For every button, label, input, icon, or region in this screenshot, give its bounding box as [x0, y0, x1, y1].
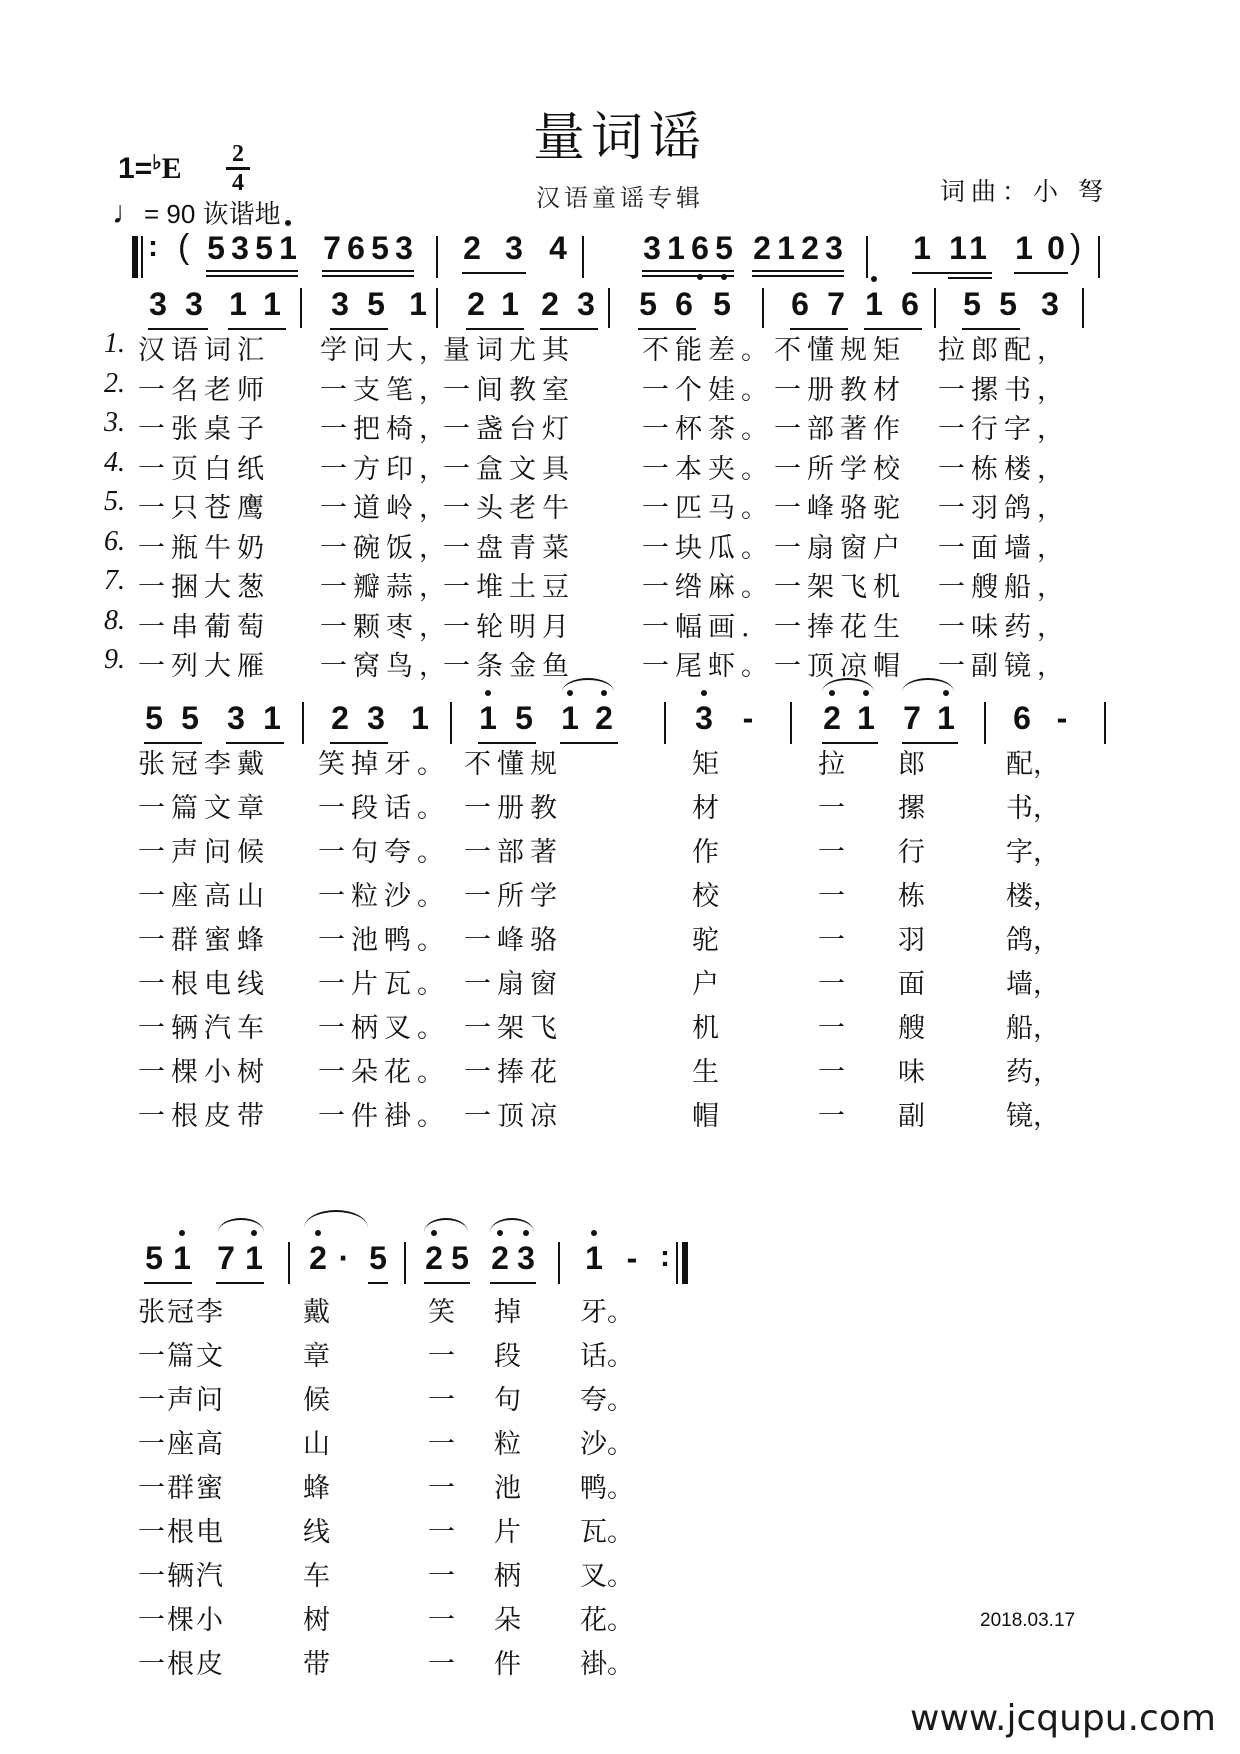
lyric: 一顶凉 — [464, 1094, 563, 1133]
barline — [300, 288, 302, 328]
lyric: 鸭。 — [580, 1466, 634, 1505]
lyric: 不懂规 — [464, 742, 563, 781]
barline — [404, 1242, 406, 1284]
note-high: 2 — [590, 700, 618, 737]
lyric: 一根电 — [138, 1510, 225, 1549]
lyric: 一列大雁 — [138, 644, 270, 683]
lyric: 笑掉牙。 — [318, 742, 450, 781]
lyric: 一尾虾。 — [642, 644, 774, 683]
note-high: 1 — [860, 286, 888, 323]
rest: 0 — [1042, 230, 1070, 267]
lyric: 一间教室 — [443, 368, 575, 407]
verse-number: 3. — [104, 407, 125, 439]
lyric: 一棵小 — [138, 1598, 225, 1637]
tempo-mood: 诙谐地 — [203, 199, 281, 229]
repeat-end-barline — [682, 1242, 688, 1284]
barline — [1098, 236, 1100, 278]
lyric: 一篇文 — [138, 1334, 225, 1373]
lyric: 一部著作 — [774, 407, 906, 446]
lyric: 一个娃。 — [642, 368, 774, 407]
note-high: 2 — [304, 1240, 332, 1277]
lyric: 一扇窗 — [464, 962, 563, 1001]
underline — [642, 270, 734, 272]
key-note: E — [162, 152, 182, 185]
note: 5 — [510, 700, 538, 737]
note: 3 — [1036, 286, 1064, 323]
note-low: 5 — [710, 230, 738, 267]
note: 2 — [326, 700, 354, 737]
lyric: 一册教材 — [774, 368, 906, 407]
lyric: 材 — [692, 786, 719, 825]
note: 1 — [404, 286, 432, 323]
lyric: 一捧花生 — [774, 605, 906, 644]
lyric: 夸。 — [580, 1378, 634, 1417]
lyric: 树 — [303, 1598, 330, 1637]
extension-dash: - — [1048, 700, 1076, 737]
extension-dash: - — [734, 700, 762, 737]
verse-number: 2. — [104, 368, 125, 400]
lyric: 件 — [494, 1642, 521, 1681]
underline — [948, 277, 992, 279]
underline — [206, 270, 298, 272]
tempo-marking: ♩= 90 诙谐地 — [112, 194, 281, 231]
note: 1 — [224, 286, 252, 323]
lyric: 行 — [898, 830, 925, 869]
barline — [984, 702, 986, 744]
barline — [436, 288, 438, 328]
lyric: 一盒文具 — [443, 447, 575, 486]
slur — [218, 1218, 264, 1232]
note: 1 — [908, 230, 936, 267]
note: 2 — [462, 286, 490, 323]
lyric: 一页白纸 — [138, 447, 270, 486]
verse-number: 7. — [104, 565, 125, 597]
lyric: 一 — [428, 1334, 455, 1373]
lyric: 一架飞机 — [774, 565, 906, 604]
lyric: 一部著 — [464, 830, 563, 869]
lyric: 一 — [818, 962, 845, 1001]
note-high: 1 — [474, 700, 502, 737]
barline — [302, 702, 304, 744]
note: 3 — [500, 230, 528, 267]
lyric: 一根皮 — [138, 1642, 225, 1681]
note-high: 1 — [852, 700, 880, 737]
note: 5 — [176, 700, 204, 737]
note: 1 — [964, 230, 992, 267]
lyric: 一片瓦。 — [318, 962, 450, 1001]
underline — [322, 270, 414, 272]
barline — [450, 702, 452, 744]
lyric: 一 — [818, 1050, 845, 1089]
note-high: 2 — [486, 1240, 514, 1277]
time-numerator: 2 — [226, 142, 250, 166]
note-high: 2 — [420, 1240, 448, 1277]
lyric: 一 — [428, 1422, 455, 1461]
lyric: 一 — [818, 1094, 845, 1133]
lyric: 叉。 — [580, 1554, 634, 1593]
lyric: 一头老牛 — [443, 486, 575, 525]
lyric: 汉语词汇 — [138, 328, 270, 367]
lyric: 牙。 — [580, 1290, 634, 1329]
lyric: 一轮明月 — [443, 605, 575, 644]
paren-close: ) — [1070, 228, 1081, 267]
lyric: 一池鸭。 — [318, 918, 450, 957]
note-high: 1 — [580, 1240, 608, 1277]
underline — [560, 742, 618, 744]
lyric: 一扇窗户 — [774, 526, 906, 565]
credits: 词曲：小 弩 — [940, 172, 1109, 208]
lyric: 话。 — [580, 1334, 634, 1373]
lyric: 一块瓜。 — [642, 526, 774, 565]
lyric: 一 — [428, 1554, 455, 1593]
note: 1 — [496, 286, 524, 323]
lyric: 一根电线 — [138, 962, 270, 1001]
underline — [752, 270, 844, 272]
note-high: 1 — [274, 230, 302, 267]
lyric: 一串葡萄 — [138, 605, 270, 644]
repeat-colon: : — [660, 1240, 670, 1274]
lyric: 一辆汽车 — [138, 1006, 270, 1045]
note: 6 — [1008, 700, 1036, 737]
lyric: 一 — [818, 918, 845, 957]
lyric: 掉 — [494, 1290, 521, 1329]
paren-open: ( — [178, 228, 189, 267]
lyric: 一峰骆驼 — [774, 486, 906, 525]
note: 5 — [140, 700, 168, 737]
note: 7 — [212, 1240, 240, 1277]
lyric: 配， — [1006, 742, 1060, 781]
note: 6 — [896, 286, 924, 323]
lyric: 一声问 — [138, 1378, 225, 1417]
lyric: 一碗饭， — [320, 526, 452, 565]
barline — [1104, 702, 1106, 744]
lyric: 字， — [1006, 830, 1060, 869]
note: 7 — [898, 700, 926, 737]
lyric: 摞 — [898, 786, 925, 825]
verse-number: 6. — [104, 526, 125, 558]
key-prefix: 1= — [118, 152, 152, 185]
note: 5 — [140, 1240, 168, 1277]
lyric: 楼， — [1006, 874, 1060, 913]
note: 7 — [822, 286, 850, 323]
lyric: 羽 — [898, 918, 925, 957]
lyric: 一句夸。 — [318, 830, 450, 869]
note: 2 — [536, 286, 564, 323]
lyric: 一架飞 — [464, 1006, 563, 1045]
date-label: 2018.03.17 — [980, 1610, 1075, 1632]
underline — [462, 272, 526, 274]
lyric: 户 — [692, 962, 719, 1001]
lyric: 艘 — [898, 1006, 925, 1045]
barline — [664, 702, 666, 744]
lyric: 一瓣蒜， — [320, 565, 452, 604]
barline — [866, 236, 868, 278]
lyric: 一篇文章 — [138, 786, 270, 825]
note: 1 — [1010, 230, 1038, 267]
tempo-value: = 90 — [144, 199, 195, 229]
note: 2 — [458, 230, 486, 267]
lyric: 一顶凉帽 — [774, 644, 906, 683]
note: 1 — [406, 700, 434, 737]
note: 3 — [222, 700, 250, 737]
lyric: 一册教 — [464, 786, 563, 825]
barline — [558, 1242, 560, 1284]
lyric: 一颗枣， — [320, 605, 452, 644]
verse-number: 9. — [104, 644, 125, 676]
underline — [752, 275, 844, 277]
lyric: 蜂 — [303, 1466, 330, 1505]
lyric: 张冠李 — [138, 1290, 225, 1329]
lyric: 一盏台灯 — [443, 407, 575, 446]
lyric: 鸽， — [1006, 918, 1060, 957]
underline — [216, 1282, 264, 1284]
lyric: 一张桌子 — [138, 407, 270, 446]
lyric: 一辆汽 — [138, 1554, 225, 1593]
lyric: 一方印， — [320, 447, 452, 486]
note-high: 1 — [240, 1240, 268, 1277]
underline — [642, 275, 734, 277]
lyric: 作 — [692, 830, 719, 869]
lyric: 柄 — [494, 1554, 521, 1593]
lyric: 一瓶牛奶 — [138, 526, 270, 565]
barline — [762, 288, 764, 328]
verse-number: 5. — [104, 486, 125, 518]
lyric: 章 — [303, 1334, 330, 1373]
lyric: 句 — [494, 1378, 521, 1417]
lyric: 拉 — [818, 742, 845, 781]
lyric: 一捧花 — [464, 1050, 563, 1089]
lyric: 船， — [1006, 1006, 1060, 1045]
lyric: 山 — [303, 1422, 330, 1461]
lyric: 褂。 — [580, 1642, 634, 1681]
lyric: 一座高 — [138, 1422, 225, 1461]
note: 5 — [364, 1240, 392, 1277]
note: 1 — [258, 700, 286, 737]
note: 3 — [144, 286, 172, 323]
lyric: 一名老师 — [138, 368, 270, 407]
lyric: 帽 — [692, 1094, 719, 1133]
lyric: 一羽鸽， — [938, 486, 1070, 525]
note: 3 — [820, 230, 848, 267]
lyric: 量词尤其 — [443, 328, 575, 367]
lyric: 一群蜜 — [138, 1466, 225, 1505]
lyric: 一杯茶。 — [642, 407, 774, 446]
lyric: 一摞书， — [938, 368, 1070, 407]
lyric: 一声问候 — [138, 830, 270, 869]
note-high: 3 — [512, 1240, 540, 1277]
lyric: 一 — [818, 1006, 845, 1045]
underline — [144, 1282, 192, 1284]
time-signature: 2 4 — [226, 142, 250, 195]
lyric: 驼 — [692, 918, 719, 957]
lyric: 一柄叉。 — [318, 1006, 450, 1045]
lyric: 一 — [428, 1510, 455, 1549]
lyric: 一条金鱼 — [443, 644, 575, 683]
lyric: 一群蜜蜂 — [138, 918, 270, 957]
note: 3 — [326, 286, 354, 323]
note-high: 2 — [818, 700, 846, 737]
lyric: 张冠李戴 — [138, 742, 270, 781]
quarter-note-icon: ♩ — [112, 194, 144, 230]
lyric: 一本夹。 — [642, 447, 774, 486]
lyric: 一道岭， — [320, 486, 452, 525]
lyric: 一段话。 — [318, 786, 450, 825]
lyric: 一只苍鹰 — [138, 486, 270, 525]
barline — [934, 288, 936, 328]
note: 5 — [994, 286, 1022, 323]
note: 6 — [670, 286, 698, 323]
lyric: 瓦。 — [580, 1510, 634, 1549]
lyric: 书， — [1006, 786, 1060, 825]
lyric: 笑 — [428, 1290, 455, 1329]
note: 3 — [180, 286, 208, 323]
lyric: 学问大， — [320, 328, 452, 367]
lyric: 一味药， — [938, 605, 1070, 644]
lyric: 车 — [303, 1554, 330, 1593]
lyric: 戴 — [303, 1290, 330, 1329]
lyric: 一件褂。 — [318, 1094, 450, 1133]
lyric: 不懂规矩 — [774, 328, 906, 367]
slur — [490, 1218, 534, 1232]
augmentation-dot: · — [330, 1240, 358, 1277]
flat-icon: ♭ — [152, 152, 161, 174]
barline — [582, 236, 584, 278]
lyric: 一峰骆 — [464, 918, 563, 957]
lyric: 镜， — [1006, 1094, 1060, 1133]
site-watermark: www.jcqupu.com — [910, 1698, 1216, 1739]
lyric: 线 — [303, 1510, 330, 1549]
lyric: 生 — [692, 1050, 719, 1089]
lyric: 一支笔， — [320, 368, 452, 407]
barline — [436, 236, 438, 278]
note: 5 — [708, 286, 736, 323]
barline — [608, 288, 610, 328]
note-high: 1 — [168, 1240, 196, 1277]
barline — [790, 702, 792, 744]
lyric: 一把椅， — [320, 407, 452, 446]
note-high: 1 — [932, 700, 960, 737]
repeat-start-thin-bar — [141, 236, 143, 278]
lyric: 一根皮带 — [138, 1094, 270, 1133]
lyric: 一粒沙。 — [318, 874, 450, 913]
lyric: 矩 — [692, 742, 719, 781]
lyric: 拉郎配， — [938, 328, 1070, 367]
lyric: 候 — [303, 1378, 330, 1417]
lyric: 一 — [428, 1598, 455, 1637]
lyric: 墙， — [1006, 962, 1060, 1001]
lyric: 面 — [898, 962, 925, 1001]
lyric: 花。 — [580, 1598, 634, 1637]
lyric: 一所学校 — [774, 447, 906, 486]
lyric: 一 — [818, 874, 845, 913]
lyric: 味 — [898, 1050, 925, 1089]
note: 5 — [958, 286, 986, 323]
barline — [288, 1242, 290, 1284]
lyric: 带 — [303, 1642, 330, 1681]
lyric: 药， — [1006, 1050, 1060, 1089]
note: 3 — [390, 230, 418, 267]
verse-number: 8. — [104, 605, 125, 637]
underline — [912, 272, 992, 274]
note-high: 1 — [556, 700, 584, 737]
lyric: 一面墙， — [938, 526, 1070, 565]
lyric: 一捆大葱 — [138, 565, 270, 604]
note-high: 3 — [690, 700, 718, 737]
lyric: 一堆土豆 — [443, 565, 575, 604]
note: 3 — [572, 286, 600, 323]
lyric: 副 — [898, 1094, 925, 1133]
note: 5 — [634, 286, 662, 323]
slur — [304, 1210, 368, 1228]
lyric: 校 — [692, 874, 719, 913]
lyric: 片 — [494, 1510, 521, 1549]
lyric: 一窝鸟， — [320, 644, 452, 683]
lyric: 一绺麻。 — [642, 565, 774, 604]
lyric: 栋 — [898, 874, 925, 913]
underline — [322, 275, 414, 277]
barline — [1082, 288, 1084, 328]
lyric: 一棵小树 — [138, 1050, 270, 1089]
underline — [1014, 272, 1068, 274]
lyric: 不能差。 — [642, 328, 774, 367]
song-title: 量词谣 — [0, 95, 1240, 170]
verse-number: 1. — [104, 328, 125, 360]
lyric: 一匹马。 — [642, 486, 774, 525]
note: 1 — [258, 286, 286, 323]
lyric: 一栋楼， — [938, 447, 1070, 486]
note: 6 — [786, 286, 814, 323]
repeat-start-barline — [132, 236, 138, 278]
slur — [424, 1218, 468, 1232]
lyric: 一 — [818, 786, 845, 825]
underline — [424, 1282, 470, 1284]
extension-dash: - — [618, 1240, 646, 1277]
underline — [368, 1282, 388, 1284]
lyric: 朵 — [494, 1598, 521, 1637]
time-denominator: 4 — [226, 171, 250, 195]
verse-number: 4. — [104, 447, 125, 479]
key-signature: 1=♭E — [118, 152, 182, 186]
lyric: 一副镜， — [938, 644, 1070, 683]
repeat-colon: : — [148, 230, 158, 264]
note: 5 — [446, 1240, 474, 1277]
note: 5 — [362, 286, 390, 323]
lyric: 一行字， — [938, 407, 1070, 446]
lyric: 一 — [428, 1642, 455, 1681]
underline — [490, 1282, 536, 1284]
lyric: 一座高山 — [138, 874, 270, 913]
lyric: 一盘青菜 — [443, 526, 575, 565]
lyric: 池 — [494, 1466, 521, 1505]
lyric: 粒 — [494, 1422, 521, 1461]
lyric: 一幅画. — [642, 605, 756, 644]
lyric: 机 — [692, 1006, 719, 1045]
underline — [206, 275, 298, 277]
score-line-1: : ( 5 3 5 1 7 6 5 3 2 3 4 3 1 6 5 2 1 2 … — [0, 230, 1240, 290]
lyric: 沙。 — [580, 1422, 634, 1461]
note: 3 — [362, 700, 390, 737]
lyric: 一朵花。 — [318, 1050, 450, 1089]
lyric: 一 — [818, 830, 845, 869]
note: 4 — [544, 230, 572, 267]
lyric: 一 — [428, 1466, 455, 1505]
lyric: 郎 — [898, 742, 925, 781]
lyric: 一 — [428, 1378, 455, 1417]
lyric: 段 — [494, 1334, 521, 1373]
repeat-end-thin-bar — [676, 1242, 678, 1284]
lyric: 一艘船， — [938, 565, 1070, 604]
lyric: 一所学 — [464, 874, 563, 913]
